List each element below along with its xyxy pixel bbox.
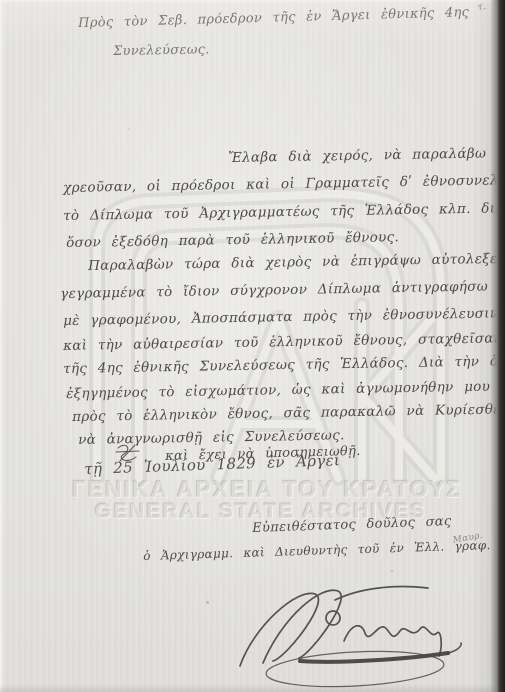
header-line-2: Συνελεύσεως. (113, 42, 210, 59)
body-line: πρὸς τὸ ἑλληνικὸν ἔθνος, σᾶς παρακαλῶ νὰ… (72, 402, 501, 425)
body-line: Παραλαβὼν τώρα διὰ χειρὸς νὰ ἐπιγράψω αὐ… (88, 251, 503, 274)
body-line: γεγραμμένα τὸ ἴδιον σύγχρονον Δίπλωμα ἀν… (60, 279, 488, 302)
body-line: τῆς 4ης ἐθνικῆς Συνελεύσεως τῆς Ἑλλάδος.… (63, 353, 505, 377)
signer-title-line: ὁ Ἀρχιγραμμ. καὶ Διευθυντὴς τοῦ ἐν Ἑλλ. … (143, 538, 491, 563)
scanned-letter-page: ΓΕΝΙΚΑ ΑΡΧΕΙΑ ΤΟΥ ΚΡΑΤΟΥΣ GENERAL STATE … (0, 0, 505, 692)
scan-edge-top (0, 0, 505, 3)
paper-speck (391, 570, 393, 572)
body-line: τὸ Δίπλωμα τοῦ Ἀρχιγραμματέως τῆς Ἑλλάδο… (63, 200, 505, 224)
body-line: μὲ γραφομένου, Ἀποσπάσματα πρὸς τὴν ἐθνο… (63, 305, 498, 329)
header-line-1: Πρὸς τὸν Σεβ. πρόεδρον τῆς ἐν Ἄργει ἐθνι… (78, 5, 469, 31)
scan-edge-shadow (471, 0, 505, 692)
scan-edge-bottom (0, 684, 505, 692)
body-line: Ἔλαβα διὰ χειρός, νὰ παραλάβω ὑπο- (228, 145, 505, 166)
body-line: ἐξηγημένος τὸ εἰσχωμάτιον, ὡς καὶ ἀγνωμο… (66, 379, 490, 402)
watermark-text-greek: ΓΕΝΙΚΑ ΑΡΧΕΙΑ ΤΟΥ ΚΡΑΤΟΥΣ (72, 476, 463, 503)
body-line: χρεοῦσαν, οἱ πρόεδροι καὶ οἱ Γραμματεῖς … (63, 171, 505, 196)
paper-speck (206, 601, 209, 604)
scan-edge-left (0, 0, 4, 692)
date-line: τῇ 25 Ἰουλίου 1829 ἐν Ἄργει (84, 451, 340, 478)
body-line: ὅσον ἐξεδόθη παρὰ τοῦ ἑλληνικοῦ ἔθνους. (66, 229, 399, 251)
body-line: καὶ τὴν αὐθαιρεσίαν τοῦ ἑλληνικοῦ ἔθνους… (63, 330, 502, 354)
paper-speck (128, 128, 130, 130)
